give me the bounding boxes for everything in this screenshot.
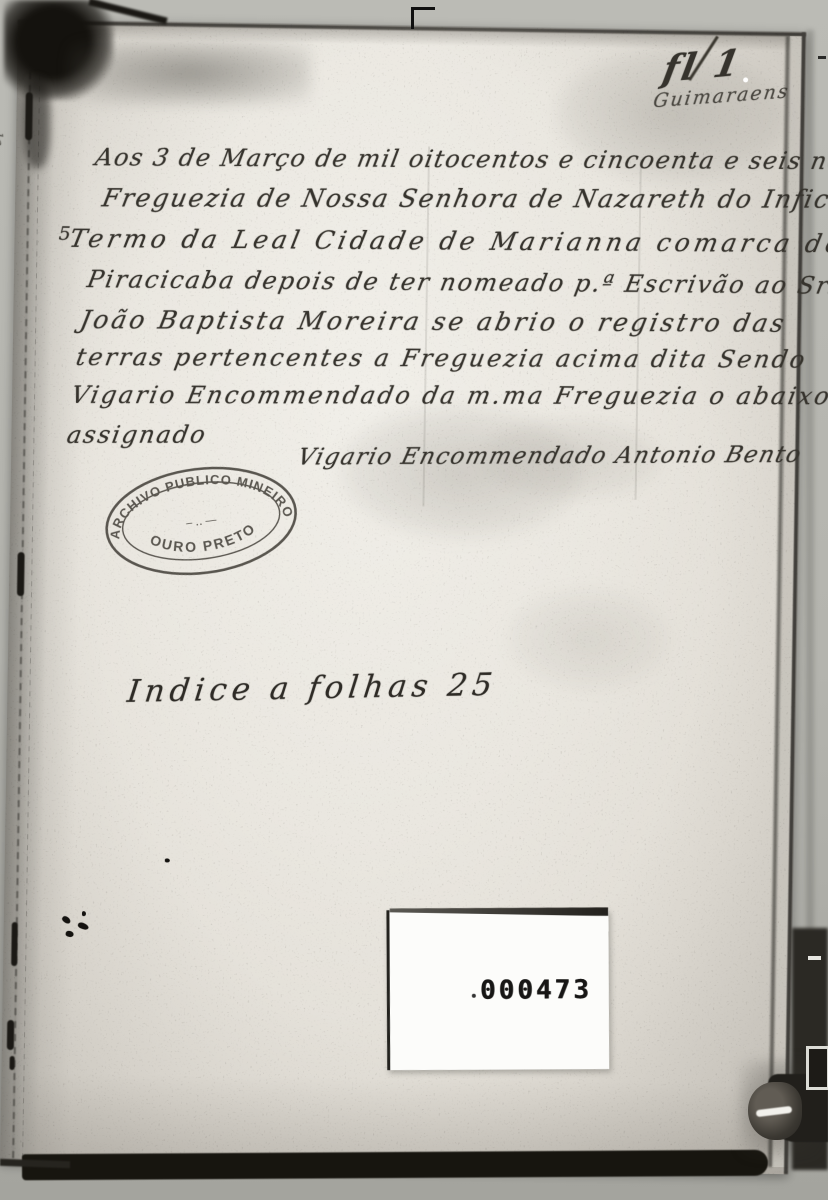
handwriting-line: assignado [65,421,209,449]
label-ink-dot [472,994,476,998]
binding-stitch [10,1056,15,1070]
binding-leather-blob [24,78,50,168]
edge-highlight-tick [808,956,821,960]
margin-scribble: de [0,128,8,146]
ink-speck [165,858,170,862]
stamp-top-text: ARCHIVO PUBLICO MINEIRO [101,461,297,541]
handwriting-line: Termo da Leal Cidade de Marianna comarca… [67,224,828,258]
book-bottom-edge-left [0,1159,70,1168]
book-bottom-edge [22,1150,768,1181]
handwriting-line: Freguezia de Nossa Senhora de Nazareth d… [100,183,828,213]
handwriting-line: Vigario Encommendado da m.ma Freguezia o… [69,381,828,410]
vicar-signature: Vigario Encommendado Antonio Bento [295,442,805,471]
catalog-label: 000473 [386,909,609,1070]
index-note: Indice a folhas 25 [125,667,499,710]
handwriting-line: terras pertencentes a Freguezia acima di… [74,343,810,374]
binding-stitch [17,552,25,596]
edge-tick-mark [818,56,826,59]
binding-stitch [11,922,18,966]
fiducial-corner-mark [411,7,414,29]
handwriting-line: João Baptista Moreira se abrio o registr… [78,305,790,338]
manuscript-page: fl 1 Guimaraens de 5 Aos 3 de Março de m… [0,20,806,1174]
catalog-number: 000473 [480,975,592,1006]
clamp-bracket-outline [806,1046,828,1090]
stamp-divider: ‒ ‥ ― [185,514,217,530]
fiducial-corner-mark [411,7,435,10]
paper-fleck [743,77,748,82]
binding-shadow-plume [70,42,310,104]
ink-speck [82,911,86,916]
label-top-shadow [389,907,608,917]
scanned-book-photo: fl 1 Guimaraens de 5 Aos 3 de Março de m… [0,0,828,1200]
handwriting-line: Aos 3 de Março de mil oitocentos e cinco… [93,143,828,175]
svg-text:ARCHIVO PUBLICO MINEIRO: ARCHIVO PUBLICO MINEIRO [101,461,297,541]
binding-stitch [7,1020,14,1050]
